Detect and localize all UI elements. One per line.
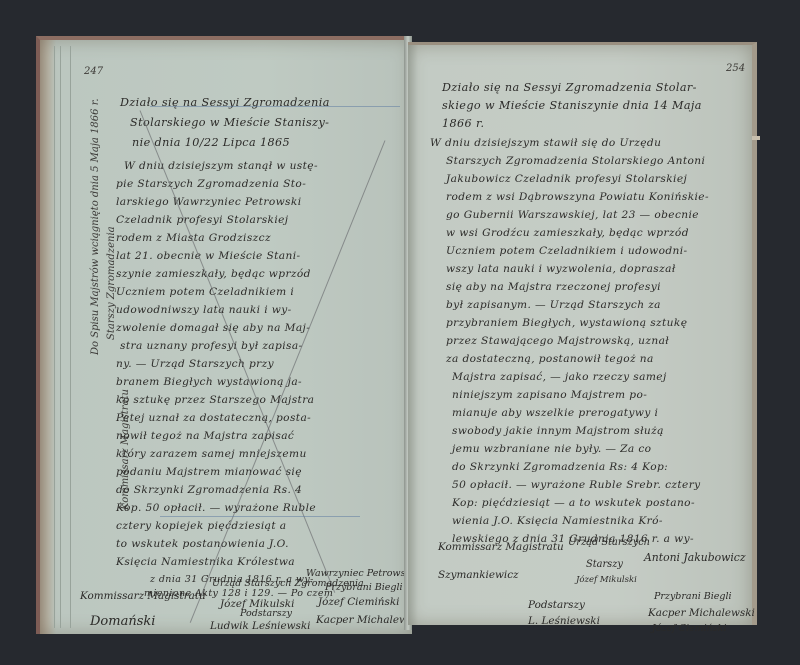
blue-pencil-mark <box>160 516 360 517</box>
body-line: Majstra zapisać, — jako rzeczy samej <box>452 371 667 383</box>
paper-tear <box>752 136 760 140</box>
open-ledger: 247 Do Spisu Majstrów wciągnięto dnia 5 … <box>36 36 758 630</box>
body-line: niniejszym zapisano Majstrem po- <box>452 389 647 401</box>
page-edge-line <box>70 46 71 628</box>
right-page: 254 Działo się na Sessyi Zgromadzenia St… <box>408 42 757 625</box>
body-line: branem Biegłych wystawioną ja- <box>116 376 302 388</box>
signature-role: Przybrani Biegli <box>654 591 732 602</box>
signature-role: Starszy <box>586 559 623 570</box>
heading-line: Stolarskiego w Mieście Staniszy- <box>130 116 329 129</box>
signature: L. Leśniewski <box>528 615 600 627</box>
body-line: Czeladnik profesyi Stolarskiej <box>116 214 289 226</box>
body-line: do Skrzynki Zgromadzenia Rs. 4 <box>116 484 302 496</box>
body-line: przez Stawającego Majstrowską, uznał <box>446 335 669 347</box>
body-line: udowodniwszy lata nauki i wy- <box>116 304 292 316</box>
body-line: wienia J.O. Księcia Namiestnika Kró- <box>452 515 663 527</box>
page-edge-line <box>54 46 55 628</box>
body-line: rodem z wsi Dąbrowszyna Powiatu Koniński… <box>446 191 709 203</box>
heading-line: Działo się na Sessyi Zgromadzenia <box>120 96 330 109</box>
body-line: się aby na Majstra rzeczonej profesyi <box>446 281 661 293</box>
signature-role: Podstarszy <box>528 599 585 611</box>
body-line: był zapisanym. — Urząd Starszych za <box>446 299 661 311</box>
body-line: ko sztukę przez Starszego Majstra <box>116 394 314 406</box>
body-line: Jakubowicz Czeladnik profesyi Stolarskie… <box>446 173 687 185</box>
body-line: przybraniem Biegłych, wystawioną sztukę <box>446 317 687 329</box>
signature: Wawrzyniec Petrowski <box>306 568 414 579</box>
body-line: mianuje aby wszelkie prerogatywy i <box>452 407 658 419</box>
body-line: W dniu dzisiejszym stanął w ustę- <box>124 160 318 172</box>
body-line: W dniu dzisiejszym stawił się do Urzędu <box>430 137 661 149</box>
body-line: Kop: pięćdziesiąt — a to wskutek postano… <box>452 497 695 509</box>
signature-role: Kommissarz Magistratu <box>438 541 564 553</box>
body-line: 50 opłacił. — wyrażone Ruble Srebr. czte… <box>452 479 701 491</box>
body-line: szynie zamieszkały, będąc wprzód <box>116 268 311 280</box>
signature: Józef Ciemiński <box>318 596 399 608</box>
signature: Antoni Jakubowicz <box>644 551 746 564</box>
body-line: lat 21. obecnie w Mieście Stani- <box>116 250 301 262</box>
body-line: cztery kopiejek pięćdziesiąt a <box>116 520 287 532</box>
signature-role: Podstarszy <box>240 608 292 619</box>
body-line: w wsi Grodźcu zamieszkały, będąc wprzód <box>446 227 689 239</box>
heading-line: skiego w Mieście Staniszynie dnia 14 Maj… <box>442 99 702 112</box>
signature: Szymankiewicz <box>438 569 518 581</box>
body-line: ny. — Urząd Starszych przy <box>116 358 274 370</box>
body-line: stra uznany profesyi był zapisa- <box>120 340 303 352</box>
body-line: zwolenie domagał się aby na Maj- <box>116 322 310 334</box>
signature: Józef Mikulski <box>576 575 637 585</box>
body-line: to wskutek postanowienia J.O. <box>116 538 289 550</box>
body-line: podaniu Majstrem mianować się <box>116 466 302 478</box>
signature-role: Przybrani Biegli <box>325 582 403 593</box>
margin-note: Do Spisu Majstrów wciągnięto dnia 5 Maja… <box>90 98 101 355</box>
body-line: Uczniem potem Czeladnikiem i <box>116 286 294 298</box>
page-edge-line <box>60 46 61 628</box>
body-line: Starszych Zgromadzenia Stolarskiego Anto… <box>446 155 705 167</box>
body-line: wszy lata nauki i wyzwolenia, dopraszał <box>446 263 676 275</box>
blue-pencil-mark <box>150 106 400 107</box>
body-line: Księcia Namiestnika Królestwa <box>116 556 295 568</box>
body-line: Kop. 50 opłacił. — wyrażone Ruble <box>116 502 316 514</box>
body-line: jemu wzbraniane nie były. — Za co <box>452 443 651 455</box>
body-line: do Skrzynki Zgromadzenia Rs: 4 Kop: <box>452 461 668 473</box>
heading-line: Działo się na Sessyi Zgromadzenia Stolar… <box>442 81 697 94</box>
signature: Józef Ciemiński <box>652 623 726 634</box>
heading-line: 1866 r. <box>442 117 485 130</box>
signature-role: Urząd Starszych <box>568 537 650 548</box>
left-page: 247 Do Spisu Majstrów wciągnięto dnia 5 … <box>36 36 412 634</box>
signature-role: Kommissarz Magistratu <box>80 590 206 602</box>
body-line: Uczniem potem Czeladnikiem i udowodni- <box>446 245 688 257</box>
body-line: swobody jakie innym Majstrom służą <box>452 425 664 437</box>
body-line: za dostateczną, postanowił tegoż na <box>446 353 654 365</box>
signature: Kacper Michalewski <box>648 607 755 619</box>
signature: Ludwik Leśniewski <box>210 620 310 632</box>
signature: Domański <box>90 614 155 629</box>
body-line: pie Starszych Zgromadzenia Sto- <box>116 178 306 190</box>
folio-number: 254 <box>726 63 745 74</box>
body-line: Petej uznał za dostateczną, posta- <box>116 412 311 424</box>
body-line: larskiego Wawrzyniec Petrowski <box>116 196 302 208</box>
folio-number: 247 <box>84 66 103 77</box>
body-line: go Gubernii Warszawskiej, lat 23 — obecn… <box>446 209 699 221</box>
